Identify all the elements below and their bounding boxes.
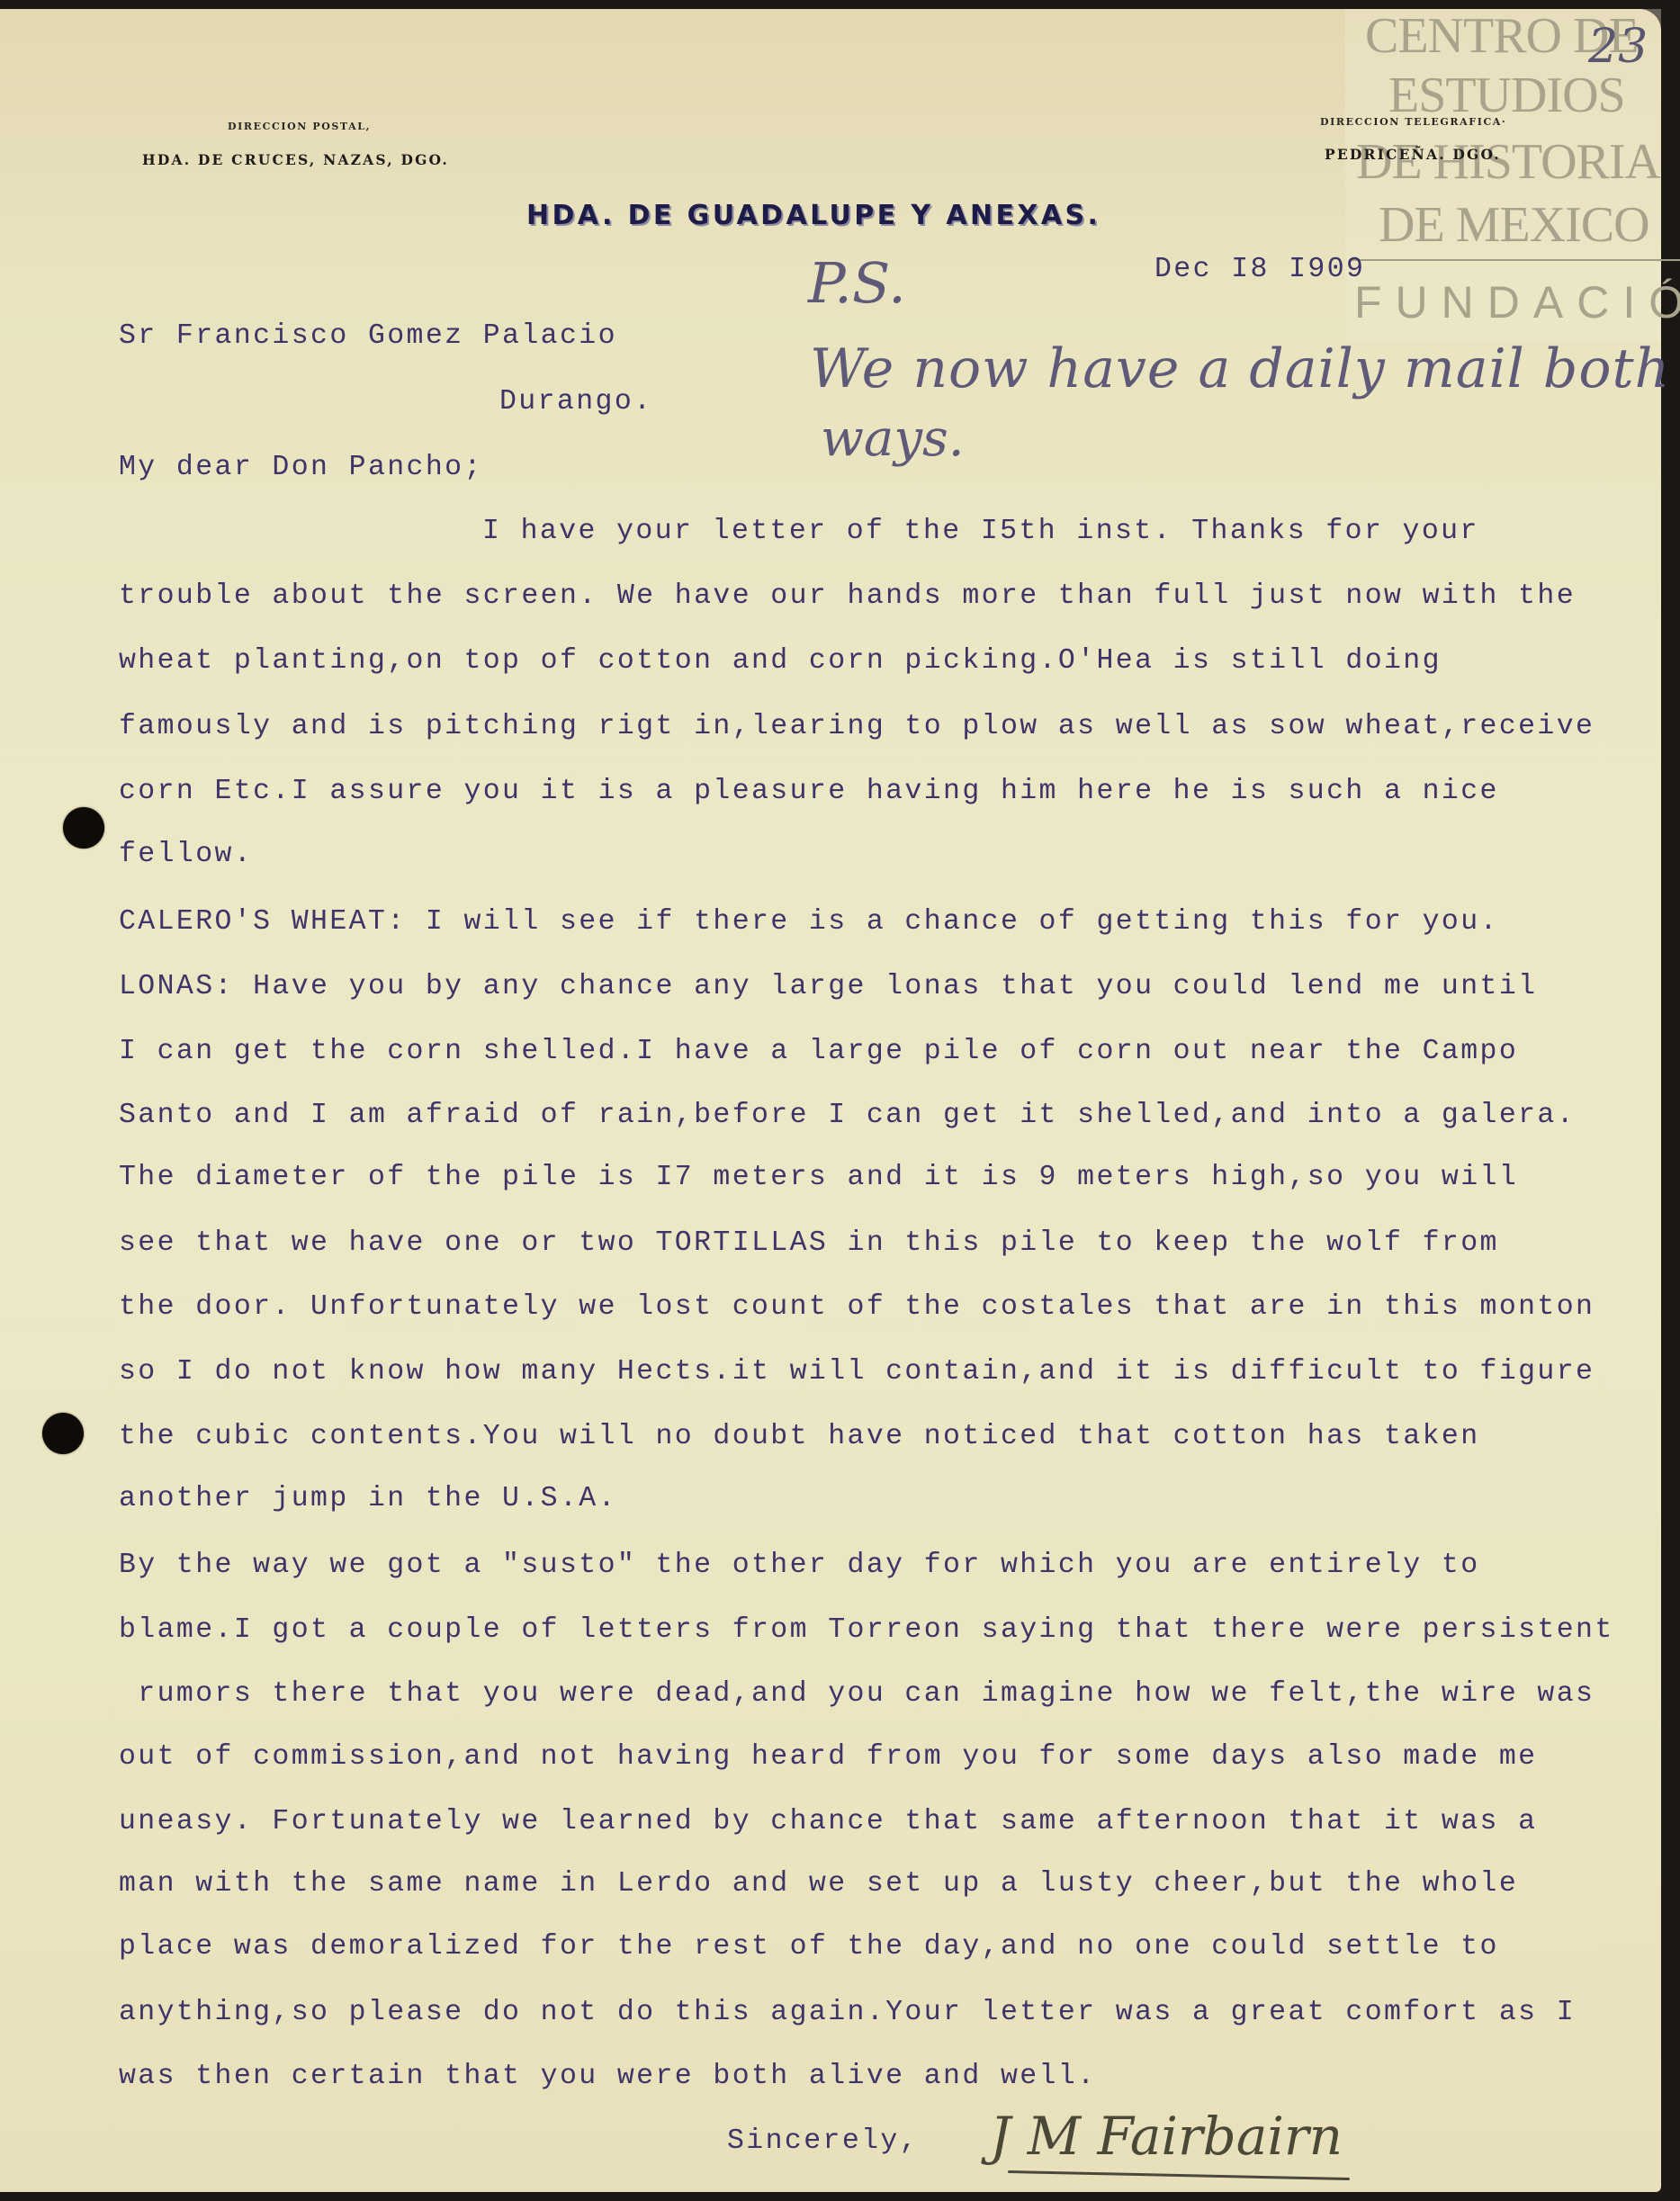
body-line: another jump in the U.S.A. [119, 1481, 617, 1517]
postal-address: HDA. DE CRUCES, NAZAS, DGO. [142, 151, 449, 168]
body-line: man with the same name in Lerdo and we s… [119, 1866, 1518, 1902]
postscript-text: We now have a daily mail both [810, 337, 1670, 400]
recipient-name: Sr Francisco Gomez Palacio [119, 319, 617, 355]
body-line: out of commission,and not having heard f… [119, 1739, 1537, 1775]
body-line: Santo and I am afraid of rain,before I c… [119, 1098, 1576, 1134]
body-line: uneasy. Fortunately we learned by chance… [119, 1804, 1537, 1840]
body-line: blame.I got a couple of letters from Tor… [119, 1613, 1614, 1649]
signature: J M Fairbairn [990, 2106, 1343, 2167]
telegraph-address-label: DIRECCION TELEGRAFICA· [1320, 116, 1506, 128]
body-line: The diameter of the pile is I7 meters an… [119, 1160, 1518, 1196]
body-line: CALERO'S WHEAT: I will see if there is a… [119, 904, 1499, 940]
body-line: fellow. [119, 837, 253, 873]
recipient-city: Durango. [499, 384, 652, 420]
telegraph-address: PEDRICEÑA. DGO. [1325, 146, 1501, 163]
body-line: place was demoralized for the rest of th… [119, 1929, 1499, 1965]
body-line: I have your letter of the I5th inst. Tha… [482, 514, 1479, 550]
body-line: By the way we got a "susto" the other da… [119, 1548, 1480, 1584]
watermark-foundation: FUNDACIÓN [1354, 277, 1680, 328]
body-line: rumors there that you were dead,and you … [119, 1676, 1595, 1712]
body-line: the door. Unfortunately we lost count of… [119, 1289, 1595, 1325]
postal-address-label: DIRECCION POSTAL, [228, 121, 371, 132]
page-number: 23 [1588, 20, 1648, 74]
postscript-text: ways. [821, 409, 965, 468]
body-line: I can get the corn shelled.I have a larg… [119, 1034, 1518, 1070]
letter-date: Dec I8 I909 [1154, 252, 1365, 288]
body-line: anything,so please do not do this again.… [119, 1995, 1576, 2031]
body-line: so I do not know how many Hects.it will … [119, 1354, 1595, 1390]
body-line: LONAS: Have you by any chance any large … [119, 969, 1537, 1005]
watermark-divider [1350, 259, 1680, 261]
watermark-line: ESTUDIOS [1388, 70, 1625, 121]
salutation: My dear Don Pancho; [119, 450, 483, 486]
body-line: the cubic contents.You will no doubt hav… [119, 1419, 1480, 1455]
closing: Sincerely, [727, 2124, 919, 2160]
punch-hole [42, 1413, 84, 1454]
body-line: trouble about the screen. We have our ha… [119, 579, 1576, 615]
body-line: famously and is pitching rigt in,learing… [119, 709, 1595, 745]
letterhead-title: HDA. DE GUADALUPE Y ANEXAS. [526, 200, 1101, 231]
postscript-label: P.S. [808, 250, 906, 316]
watermark-line: DE MEXICO [1379, 200, 1649, 250]
body-line: see that we have one or two TORTILLAS in… [119, 1226, 1499, 1262]
body-line: wheat planting,on top of cotton and corn… [119, 643, 1442, 679]
body-line: was then certain that you were both aliv… [119, 2059, 1096, 2095]
body-line: corn Etc.I assure you it is a pleasure h… [119, 774, 1499, 810]
punch-hole [63, 807, 104, 849]
